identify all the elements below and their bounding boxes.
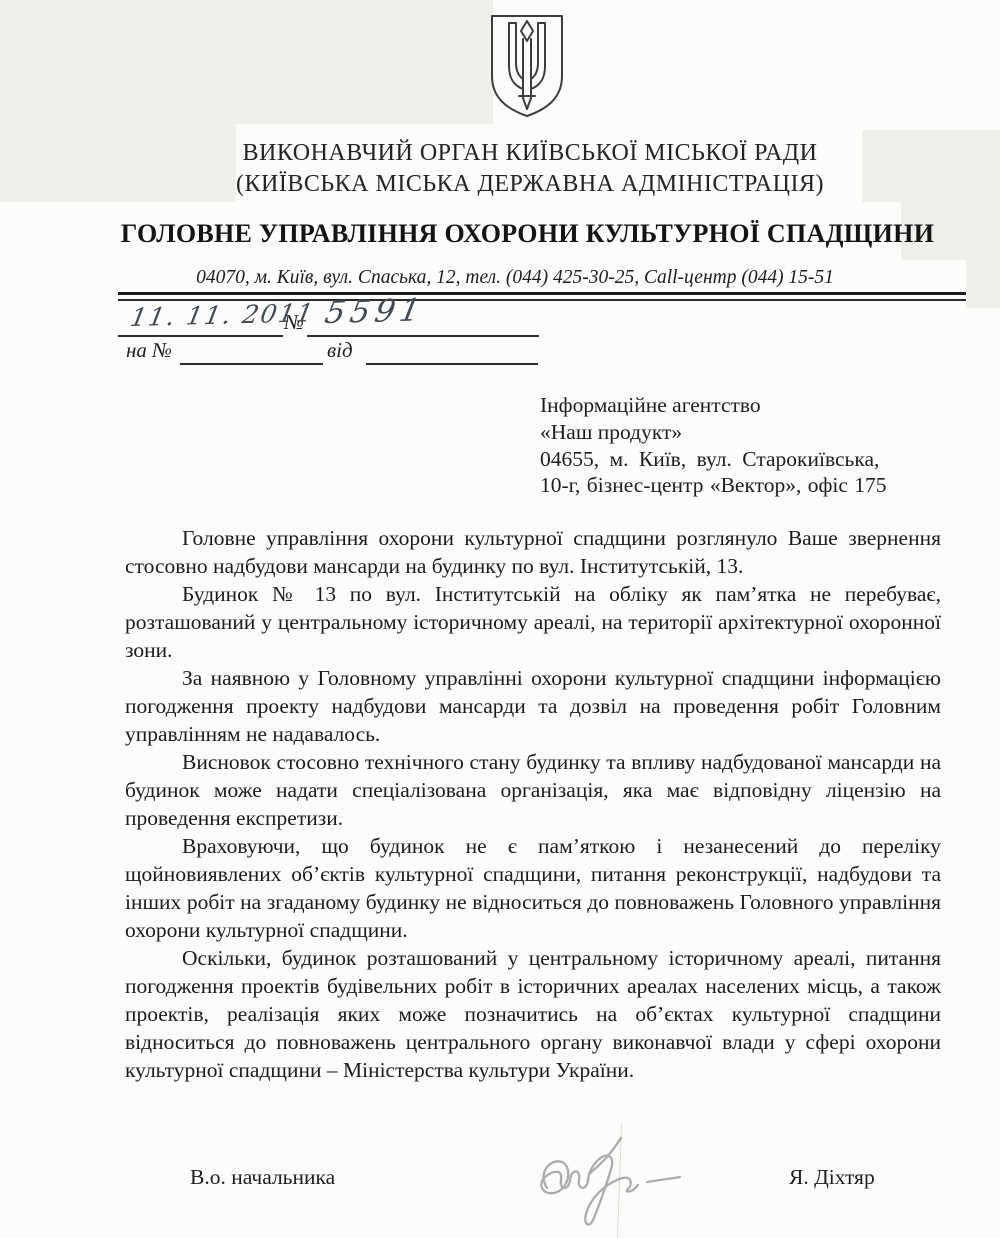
scanned-letter-page: ВИКОНАВЧИЙ ОРГАН КИЇВСЬКОЇ МІСЬКОЇ РАДИ … <box>0 0 1000 1238</box>
reply-to-underline <box>180 362 323 365</box>
recipient-line: 10-г, бізнес-центр «Вектор», офіс 175 <box>540 472 932 499</box>
number-underline <box>307 334 539 337</box>
paper-block-emblem <box>493 0 1000 130</box>
from-underline <box>366 362 538 365</box>
body-paragraph: Оскільки, будинок розташований у централ… <box>125 944 941 1084</box>
org-line-2: (КИЇВСЬКА МІСЬКА ДЕРЖАВНА АДМІНІСТРАЦІЯ) <box>190 169 870 200</box>
reply-to-label: на № <box>126 338 172 363</box>
recipient-line: 04655, м. Київ, вул. Старокиївська, <box>540 446 932 473</box>
org-name: ВИКОНАВЧИЙ ОРГАН КИЇВСЬКОЇ МІСЬКОЇ РАДИ … <box>190 138 870 200</box>
signer-position-title: В.о. начальника <box>190 1165 335 1190</box>
org-line-1: ВИКОНАВЧИЙ ОРГАН КИЇВСЬКОЇ МІСЬКОЇ РАДИ <box>190 138 870 169</box>
recipient-line: Інформаційне агентство <box>540 392 932 419</box>
body-paragraph: Висновок стосовно технічного стану будин… <box>125 748 941 832</box>
department-heading: ГОЛОВНЕ УПРАВЛІННЯ ОХОРОНИ КУЛЬТУРНОЇ СП… <box>55 219 1000 249</box>
letter-body: Головне управління охорони культурної сп… <box>125 524 941 1084</box>
recipient-block: Інформаційне агентство «Наш продукт» 046… <box>540 392 932 499</box>
signer-name: Я. Діхтяр <box>789 1165 875 1190</box>
handwritten-outgoing-number: 5591 <box>322 292 428 331</box>
handwritten-signature <box>525 1130 735 1235</box>
body-paragraph: Головне управління охорони культурної сп… <box>125 524 941 580</box>
numero-label: № <box>284 310 304 335</box>
trident-emblem-icon <box>487 12 567 120</box>
body-paragraph: Будинок № 13 по вул. Інститутській на об… <box>125 580 941 664</box>
date-underline <box>118 334 283 337</box>
recipient-line: «Наш продукт» <box>540 419 932 446</box>
from-label: від <box>327 338 353 363</box>
body-paragraph: За наявною у Головному управлінні охорон… <box>125 664 941 748</box>
letterhead-address: 04070, м. Київ, вул. Спаська, 12, тел. (… <box>100 267 930 289</box>
body-paragraph: Враховуючи, що будинок не є пам’яткою і … <box>125 832 941 944</box>
